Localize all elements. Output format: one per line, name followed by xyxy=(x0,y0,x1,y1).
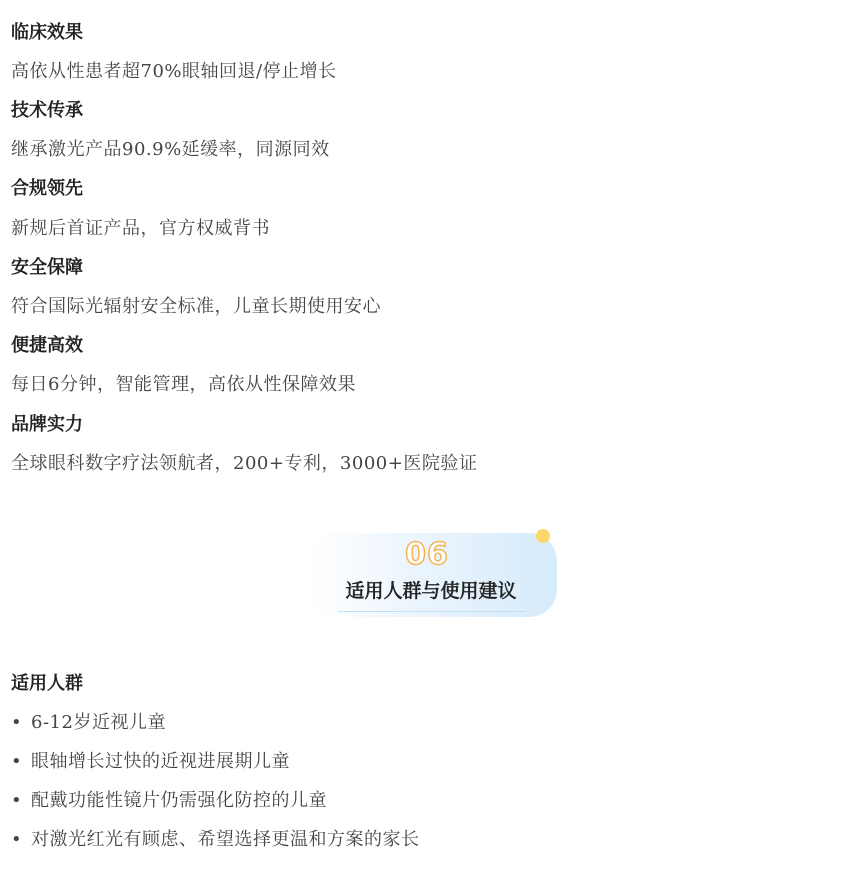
list-item-text: 6-12岁近视儿童 xyxy=(31,712,166,733)
list-item: •对激光红光有顾虑、希望选择更温和方案的家长 xyxy=(11,828,420,852)
feature-desc: 每日6分钟，智能管理，高依从性保障效果 xyxy=(11,373,356,397)
feature-desc: 高依从性患者超70%眼轴回退/停止增长 xyxy=(11,60,337,84)
section-number: 06 xyxy=(312,537,542,573)
list-item: •眼轴增长过快的近视进展期儿童 xyxy=(11,750,290,774)
list-item-text: 配戴功能性镜片仍需强化防控的儿童 xyxy=(31,790,327,811)
feature-desc: 全球眼科数字疗法领航者，200+专利，3000+医院验证 xyxy=(11,452,477,476)
section-divider xyxy=(338,611,526,612)
list-item-text: 对激光红光有顾虑、希望选择更温和方案的家长 xyxy=(31,829,420,850)
bullet-icon: • xyxy=(11,711,31,735)
feature-desc: 符合国际光辐射安全标准，儿童长期使用安心 xyxy=(11,295,381,319)
feature-title: 品牌实力 xyxy=(11,413,83,437)
bullet-icon: • xyxy=(11,828,31,852)
feature-desc: 继承激光产品90.9%延缓率，同源同效 xyxy=(11,138,330,162)
list-item: •6-12岁近视儿童 xyxy=(11,711,166,735)
feature-title: 合规领先 xyxy=(11,177,83,201)
feature-title: 安全保障 xyxy=(11,256,83,280)
list-item: •配戴功能性镜片仍需强化防控的儿童 xyxy=(11,789,327,813)
bullet-icon: • xyxy=(11,789,31,813)
list-item-text: 眼轴增长过快的近视进展期儿童 xyxy=(31,751,290,772)
section-title: 适用人群与使用建议 xyxy=(312,578,550,604)
bullet-icon: • xyxy=(11,750,31,774)
feature-desc: 新规后首证产品，官方权威背书 xyxy=(11,217,270,241)
feature-title: 技术传承 xyxy=(11,99,83,123)
audience-heading: 适用人群 xyxy=(11,672,83,696)
feature-title: 临床效果 xyxy=(11,21,83,45)
feature-title: 便捷高效 xyxy=(11,334,83,358)
